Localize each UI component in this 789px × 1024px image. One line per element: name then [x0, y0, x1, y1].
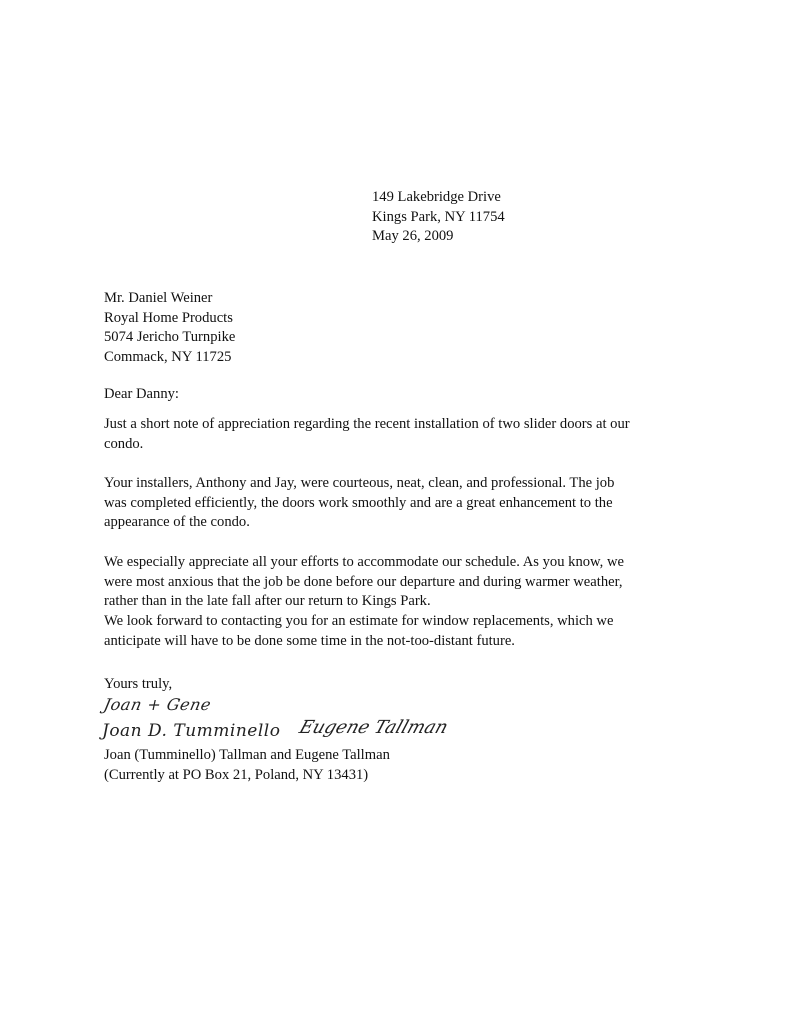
- salutation: Dear Danny:: [104, 385, 179, 405]
- paragraph-4: We look forward to contacting you for an…: [104, 612, 704, 651]
- paragraph-3: We especially appreciate all your effort…: [104, 553, 704, 612]
- handwritten-signature-eugene: Eugene Tallman: [297, 718, 450, 738]
- paragraph-line: condo.: [104, 435, 704, 455]
- handwritten-signature-note: Joan + Gene: [102, 695, 213, 715]
- letter-page: 149 Lakebridge Drive Kings Park, NY 1175…: [0, 0, 789, 1024]
- recipient-address: Mr. Daniel Weiner Royal Home Products 50…: [104, 289, 235, 367]
- paragraph-line: appearance of the condo.: [104, 513, 704, 533]
- sender-city: Kings Park, NY 11754: [372, 208, 505, 228]
- paragraph-line: Just a short note of appreciation regard…: [104, 415, 704, 435]
- recipient-name: Mr. Daniel Weiner: [104, 289, 235, 309]
- paragraph-1: Just a short note of appreciation regard…: [104, 415, 704, 454]
- signer-names: Joan (Tumminello) Tallman and Eugene Tal…: [104, 746, 390, 766]
- recipient-city: Commack, NY 11725: [104, 348, 235, 368]
- recipient-company: Royal Home Products: [104, 309, 235, 329]
- closing: Yours truly,: [104, 675, 172, 695]
- paragraph-line: We look forward to contacting you for an…: [104, 612, 704, 632]
- paragraph-line: anticipate will have to be done some tim…: [104, 632, 704, 652]
- recipient-street: 5074 Jericho Turnpike: [104, 328, 235, 348]
- paragraph-line: rather than in the late fall after our r…: [104, 592, 704, 612]
- signer-current-address: (Currently at PO Box 21, Poland, NY 1343…: [104, 766, 390, 786]
- signer-block: Joan (Tumminello) Tallman and Eugene Tal…: [104, 746, 390, 785]
- paragraph-line: We especially appreciate all your effort…: [104, 553, 704, 573]
- paragraph-2: Your installers, Anthony and Jay, were c…: [104, 474, 704, 533]
- sender-street: 149 Lakebridge Drive: [372, 188, 505, 208]
- paragraph-line: Your installers, Anthony and Jay, were c…: [104, 474, 704, 494]
- paragraph-line: were most anxious that the job be done b…: [104, 573, 704, 593]
- sender-address: 149 Lakebridge Drive Kings Park, NY 1175…: [372, 188, 505, 247]
- handwritten-signature-joan: Joan D. Tumminello: [102, 722, 280, 742]
- paragraph-line: was completed efficiently, the doors wor…: [104, 494, 704, 514]
- letter-date: May 26, 2009: [372, 227, 505, 247]
